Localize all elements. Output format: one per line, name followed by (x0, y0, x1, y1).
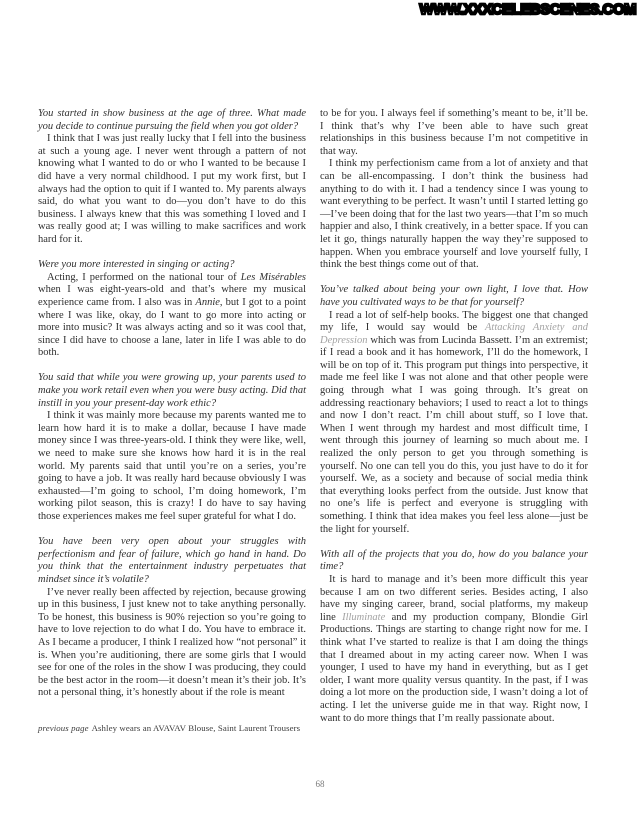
interview-question: Were you more interested in singing or a… (38, 259, 306, 272)
interview-question: With all of the projects that you do, ho… (320, 549, 588, 574)
interview-answer: I’ve never really been affected by rejec… (38, 587, 306, 700)
cited-title: Illuminate (342, 612, 385, 623)
text-segment: and my production company, Blondie Girl … (320, 612, 588, 724)
interview-answer: I read a lot of self-help books. The big… (320, 310, 588, 537)
text-segment: to be for you. I always feel if somethin… (320, 108, 588, 157)
interview-answer: Acting, I performed on the national tour… (38, 272, 306, 360)
interview-answer: I think my perfectionism came from a lot… (320, 158, 588, 271)
text-segment: You’ve talked about being your own light… (320, 284, 588, 308)
interview-answer: I think that I was just really lucky tha… (38, 133, 306, 246)
page-number: 68 (0, 779, 640, 789)
interview-question: You said that while you were growing up,… (38, 372, 306, 410)
interview-question: You’ve talked about being your own light… (320, 284, 588, 309)
interview-question: You have been very open about your strug… (38, 536, 306, 586)
text-segment: You started in show business at the age … (38, 108, 306, 132)
caption-text: Ashley wears an AVAVAV Blouse, Saint Lau… (92, 723, 301, 733)
text-segment: With all of the projects that you do, ho… (320, 549, 588, 573)
text-segment: I think it was mainly more because my pa… (38, 410, 306, 522)
cited-title: Annie (195, 297, 220, 308)
interview-answer: I think it was mainly more because my pa… (38, 410, 306, 523)
interview-body: You started in show business at the age … (38, 108, 588, 725)
interview-answer: It is hard to manage and it’s been more … (320, 574, 588, 725)
cited-title: Les Misérables (241, 272, 306, 283)
left-column: You started in show business at the age … (38, 108, 306, 725)
photo-credit-caption: previous pageAshley wears an AVAVAV Blou… (38, 723, 300, 733)
text-segment: Were you more interested in singing or a… (38, 259, 234, 270)
magazine-page: WWW.XXXCELEBSCENES.COM You started in sh… (0, 0, 640, 828)
text-segment: I’ve never really been affected by rejec… (38, 587, 306, 699)
text-segment: I think my perfectionism came from a lot… (320, 158, 588, 270)
text-segment: You have been very open about your strug… (38, 536, 306, 585)
text-segment: I think that I was just really lucky tha… (38, 133, 306, 245)
caption-prefix: previous page (38, 723, 89, 733)
interview-question: You started in show business at the age … (38, 108, 306, 133)
text-segment: You said that while you were growing up,… (38, 372, 306, 408)
text-segment: which was from Lucinda Bassett. I’m an e… (320, 335, 588, 535)
right-column: to be for you. I always feel if somethin… (320, 108, 588, 725)
watermark-text: WWW.XXXCELEBSCENES.COM (419, 1, 636, 18)
text-segment: Acting, I performed on the national tour… (47, 272, 241, 283)
interview-answer: to be for you. I always feel if somethin… (320, 108, 588, 158)
